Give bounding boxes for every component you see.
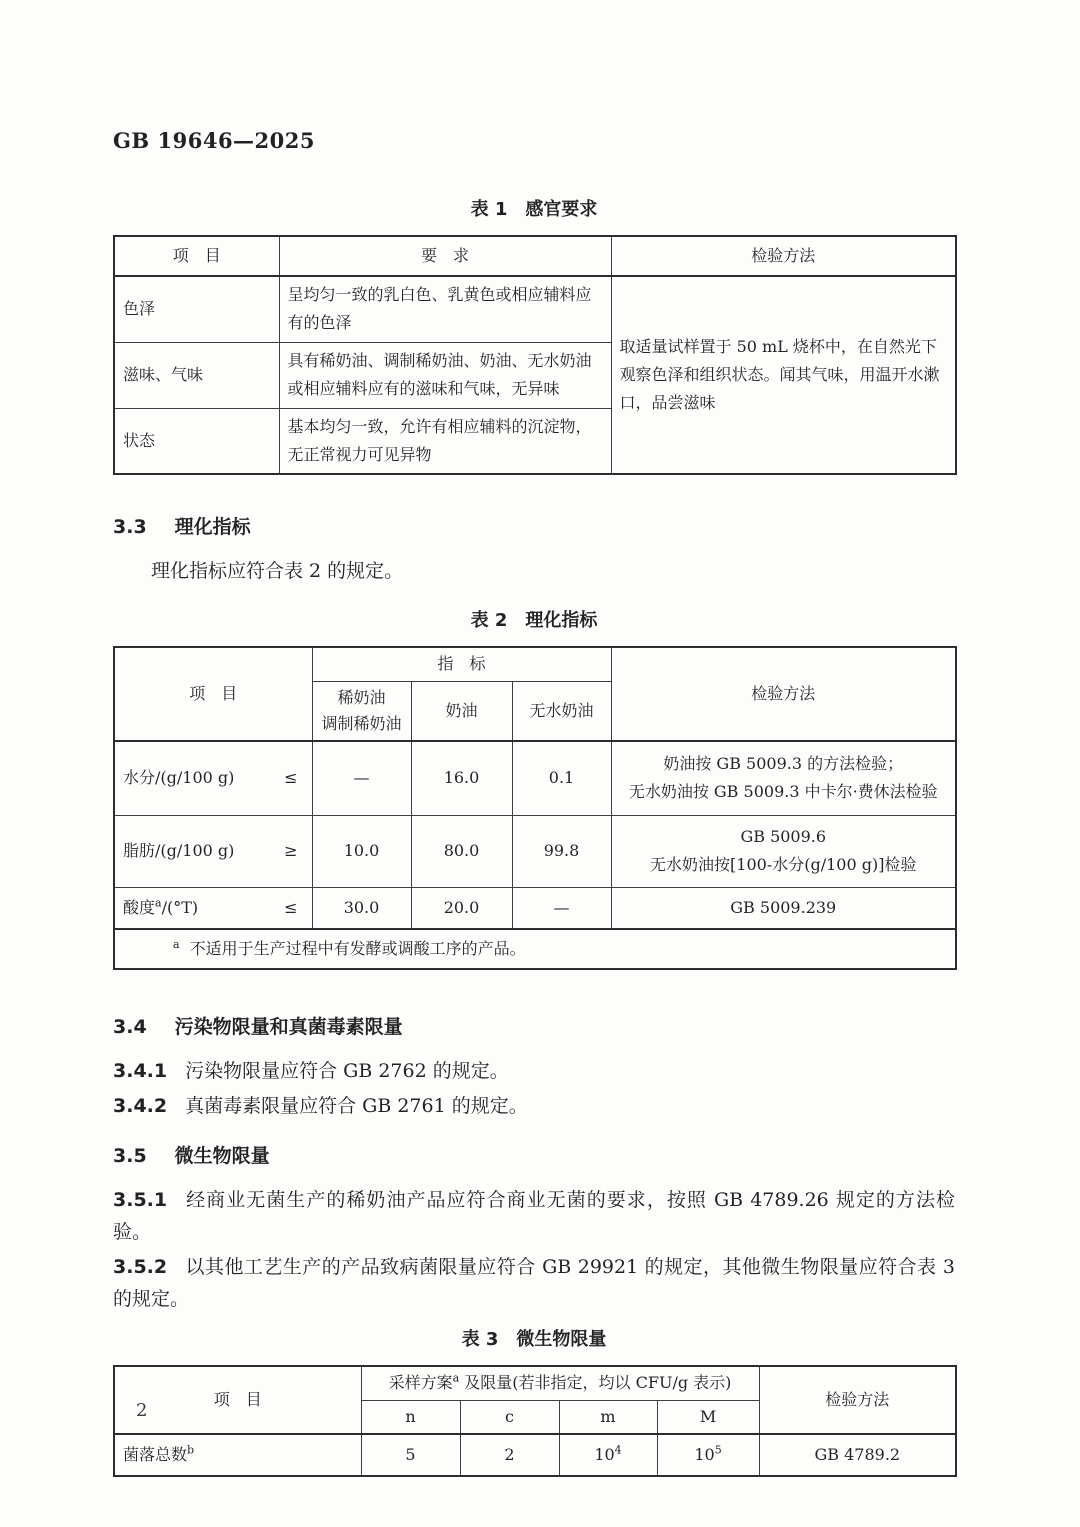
table3-header-row1: 项 目 采样方案a 及限量(若非指定，均以 CFU/g 表示) 检验方法 <box>114 1366 956 1400</box>
table2-physicochemical: 项 目 指 标 检验方法 稀奶油 调制稀奶油 奶油 无水奶油 水分/(g/100… <box>113 646 957 970</box>
item-label: 脂肪/(g/100 g) <box>123 837 234 865</box>
table1-item-taste: 滋味、气味 <box>114 342 279 408</box>
value-n: 5 <box>361 1434 460 1476</box>
item-label: 水分/(g/100 g) <box>123 764 234 792</box>
heading-3-3: 3.3理化指标 <box>113 512 955 539</box>
value-anhydrous: 0.1 <box>512 741 611 815</box>
table1-caption: 表 1 感官要求 <box>113 195 955 221</box>
method-acidity: GB 5009.239 <box>611 887 956 929</box>
table1-header-method: 检验方法 <box>611 236 956 276</box>
method-line: 无水奶油按 GB 5009.3 中卡尔·费休法检验 <box>620 778 948 806</box>
table2-row-fat: 脂肪/(g/100 g)≥ 10.0 80.0 99.8 GB 5009.6 无… <box>114 815 956 887</box>
clause-text: 污染物限量应符合 GB 2762 的规定。 <box>185 1060 509 1082</box>
table1-req-taste: 具有稀奶油、调制稀奶油、奶油、无水奶油或相应辅料应有的滋味和气味，无异味 <box>279 342 611 408</box>
value-cream: — <box>312 741 411 815</box>
para-3-4-1: 3.4.1污染物限量应符合 GB 2762 的规定。 <box>113 1055 955 1087</box>
doc-number: GB 19646—2025 <box>113 128 955 153</box>
table3-microbiological: 项 目 采样方案a 及限量(若非指定，均以 CFU/g 表示) 检验方法 n c… <box>113 1365 957 1477</box>
table3-header-item: 项 目 <box>114 1366 361 1434</box>
table1-item-color: 色泽 <box>114 276 279 342</box>
table3-header-method: 检验方法 <box>759 1366 956 1434</box>
method-fat: GB 5009.6 无水奶油按[100-水分(g/100 g)]检验 <box>611 815 956 887</box>
value-butter: 16.0 <box>411 741 512 815</box>
table1-row-color: 色泽 呈均匀一致的乳白色、乳黄色或相应辅料应有的色泽 取适量试样置于 50 mL… <box>114 276 956 342</box>
table2-header-method: 检验方法 <box>611 647 956 741</box>
table3-item-total-colony: 菌落总数b <box>114 1434 361 1476</box>
item-label: 酸度a/(°T) <box>123 894 198 922</box>
operator-lte: ≤ <box>284 764 297 792</box>
table2-subheader-cream: 稀奶油 调制稀奶油 <box>312 681 411 741</box>
table3-subheader-M: M <box>657 1400 759 1434</box>
clause-text: 以其他工艺生产的产品致病菌限量应符合 GB 29921 的规定，其他微生物限量应… <box>113 1256 955 1310</box>
table2-subheader-butter: 奶油 <box>411 681 512 741</box>
clause-text: 真菌毒素限量应符合 GB 2761 的规定。 <box>185 1095 528 1117</box>
method-line: 奶油按 GB 5009.3 的方法检验； <box>620 750 948 778</box>
method-line: 无水奶油按[100-水分(g/100 g)]检验 <box>620 851 948 879</box>
method-moisture: 奶油按 GB 5009.3 的方法检验； 无水奶油按 GB 5009.3 中卡尔… <box>611 741 956 815</box>
clause-title: 理化指标 <box>175 516 251 538</box>
value-c: 2 <box>460 1434 559 1476</box>
clause-number: 3.4.1 <box>113 1060 167 1082</box>
value-butter: 80.0 <box>411 815 512 887</box>
value-cream: 30.0 <box>312 887 411 929</box>
clause-title: 微生物限量 <box>175 1145 270 1167</box>
subheader-cream-line1: 稀奶油 <box>321 685 403 711</box>
page-number: 2 <box>136 1400 147 1421</box>
clause-text: 经商业无菌生产的稀奶油产品应符合商业无菌的要求，按照 GB 4789.26 规定… <box>113 1189 955 1243</box>
table3-subheader-n: n <box>361 1400 460 1434</box>
table1-sensory-requirements: 项 目 要 求 检验方法 色泽 呈均匀一致的乳白色、乳黄色或相应辅料应有的色泽 … <box>113 235 957 475</box>
clause-title: 污染物限量和真菌毒素限量 <box>175 1016 403 1038</box>
table3-header-plan: 采样方案a 及限量(若非指定，均以 CFU/g 表示) <box>361 1366 759 1400</box>
footnote-text: 不适用于生产过程中有发酵或调酸工序的产品。 <box>190 939 526 958</box>
table2-subheader-anhydrous: 无水奶油 <box>512 681 611 741</box>
value-butter: 20.0 <box>411 887 512 929</box>
clause-number: 3.4 <box>113 1016 147 1038</box>
heading-3-5: 3.5微生物限量 <box>113 1141 955 1168</box>
table2-header-item: 项 目 <box>114 647 312 741</box>
table1-item-state: 状态 <box>114 408 279 474</box>
table2-header-row1: 项 目 指 标 检验方法 <box>114 647 956 681</box>
table1-req-color: 呈均匀一致的乳白色、乳黄色或相应辅料应有的色泽 <box>279 276 611 342</box>
clause-number: 3.5.1 <box>113 1189 167 1211</box>
table2-header-index: 指 标 <box>312 647 611 681</box>
heading-3-4: 3.4污染物限量和真菌毒素限量 <box>113 1012 955 1039</box>
document-page: GB 19646—2025 表 1 感官要求 项 目 要 求 检验方法 色泽 呈… <box>0 0 1080 1527</box>
table2-footnote-row: a不适用于生产过程中有发酵或调酸工序的产品。 <box>114 929 956 969</box>
table2-row-acidity: 酸度a/(°T)≤ 30.0 20.0 — GB 5009.239 <box>114 887 956 929</box>
table1-method-cell: 取适量试样置于 50 mL 烧杯中，在自然光下观察色泽和组织状态。闻其气味，用温… <box>611 276 956 474</box>
table1-req-state: 基本均匀一致，允许有相应辅料的沉淀物，无正常视力可见异物 <box>279 408 611 474</box>
subheader-cream-line2: 调制稀奶油 <box>321 711 403 737</box>
para-3-5-1: 3.5.1经商业无菌生产的稀奶油产品应符合商业无菌的要求，按照 GB 4789.… <box>113 1184 955 1248</box>
clause-number: 3.5.2 <box>113 1256 167 1278</box>
value-cream: 10.0 <box>312 815 411 887</box>
para-3-3: 理化指标应符合表 2 的规定。 <box>113 556 955 586</box>
table1-header-row: 项 目 要 求 检验方法 <box>114 236 956 276</box>
table1-header-requirement: 要 求 <box>279 236 611 276</box>
clause-number: 3.5 <box>113 1145 147 1167</box>
para-3-5-2: 3.5.2以其他工艺生产的产品致病菌限量应符合 GB 29921 的规定，其他微… <box>113 1251 955 1315</box>
value-anhydrous: — <box>512 887 611 929</box>
clause-number: 3.3 <box>113 516 147 538</box>
table3-subheader-c: c <box>460 1400 559 1434</box>
table2-caption: 表 2 理化指标 <box>113 606 955 632</box>
footnote-marker: a <box>173 938 180 951</box>
table2-item-fat: 脂肪/(g/100 g)≥ <box>114 815 312 887</box>
method-line: GB 5009.6 <box>620 823 948 851</box>
table3-subheader-m: m <box>559 1400 657 1434</box>
table2-item-acidity: 酸度a/(°T)≤ <box>114 887 312 929</box>
operator-lte: ≤ <box>284 894 297 922</box>
table2-footnote: a不适用于生产过程中有发酵或调酸工序的产品。 <box>114 929 956 969</box>
operator-gte: ≥ <box>284 837 297 865</box>
table3-row-total-colony: 菌落总数b 5 2 104 105 GB 4789.2 <box>114 1434 956 1476</box>
table2-item-moisture: 水分/(g/100 g)≤ <box>114 741 312 815</box>
value-m: 104 <box>559 1434 657 1476</box>
clause-number: 3.4.2 <box>113 1095 167 1117</box>
method-total-colony: GB 4789.2 <box>759 1434 956 1476</box>
para-3-4-2: 3.4.2真菌毒素限量应符合 GB 2761 的规定。 <box>113 1090 955 1122</box>
table2-row-moisture: 水分/(g/100 g)≤ — 16.0 0.1 奶油按 GB 5009.3 的… <box>114 741 956 815</box>
value-M: 105 <box>657 1434 759 1476</box>
table3-caption: 表 3 微生物限量 <box>113 1325 955 1351</box>
value-anhydrous: 99.8 <box>512 815 611 887</box>
table1-header-item: 项 目 <box>114 236 279 276</box>
